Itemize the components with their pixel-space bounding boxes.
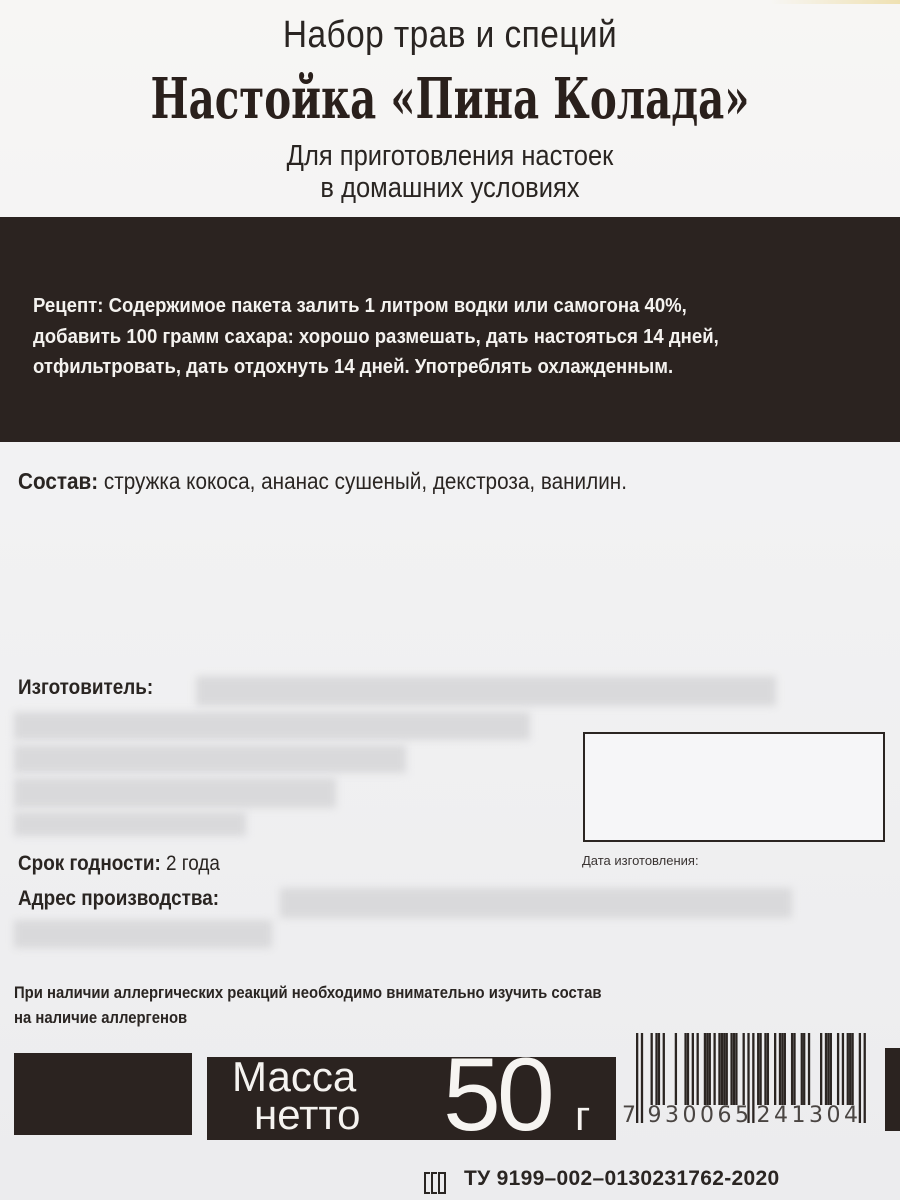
purpose-line-1: Для приготовления настоек: [54, 140, 846, 173]
barcode-first-digit: 7: [622, 1103, 640, 1128]
shelf-life: Срок годности: 2 года: [18, 852, 220, 876]
composition-value: стружка кокоса, ананас сушеный, декстроз…: [98, 468, 627, 494]
packaging-edge: [770, 0, 900, 4]
net-weight-label: Масса нетто: [232, 1058, 361, 1134]
net-weight-label-line-2: нетто: [232, 1096, 361, 1134]
production-address-label: Адрес производства:: [18, 887, 219, 911]
manufacturer-label: Изготовитель:: [18, 676, 153, 700]
manufacture-date-label: Дата изготовления:: [582, 853, 699, 868]
barcode-right-group: 241304: [756, 1103, 861, 1128]
composition: Состав: стружка кокоса, ананас сушеный, …: [18, 468, 627, 495]
recipe-line: Рецепт: Содержимое пакета залить 1 литро…: [33, 291, 811, 322]
recipe-line: добавить 100 грамм сахара: хорошо размеш…: [33, 322, 811, 353]
allergy-line-2: на наличие аллергенов: [14, 1006, 601, 1031]
shelf-life-label: Срок годности:: [18, 852, 161, 875]
shelf-life-value: 2 года: [161, 852, 220, 875]
net-weight-value: 50: [443, 1045, 551, 1145]
net-weight-unit: г: [575, 1096, 590, 1136]
manufacture-date-box: [583, 732, 885, 842]
purpose-line-2: в домашних условиях: [54, 172, 846, 205]
composition-label: Состав:: [18, 468, 98, 494]
allergy-line-1: При наличии аллергических реакций необхо…: [14, 981, 601, 1006]
recipe-text: Рецепт: Содержимое пакета залить 1 литро…: [33, 291, 811, 383]
barcode-left-group: 930065: [648, 1103, 753, 1128]
decorative-block: [14, 1053, 192, 1135]
allergy-notice: При наличии аллергических реакций необхо…: [14, 981, 601, 1031]
product-category: Набор трав и специй: [54, 14, 846, 57]
product-title: Настойка «Пина Колада»: [126, 66, 774, 132]
barcode-digits: 7930065241304: [622, 1103, 861, 1128]
technical-spec: ТУ 9199–002–0130231762-2020: [464, 1167, 779, 1191]
decorative-block: [885, 1048, 900, 1131]
eac-icon: [424, 1172, 446, 1194]
recipe-line: отфильтровать, дать отдохнуть 14 дней. У…: [33, 352, 811, 383]
